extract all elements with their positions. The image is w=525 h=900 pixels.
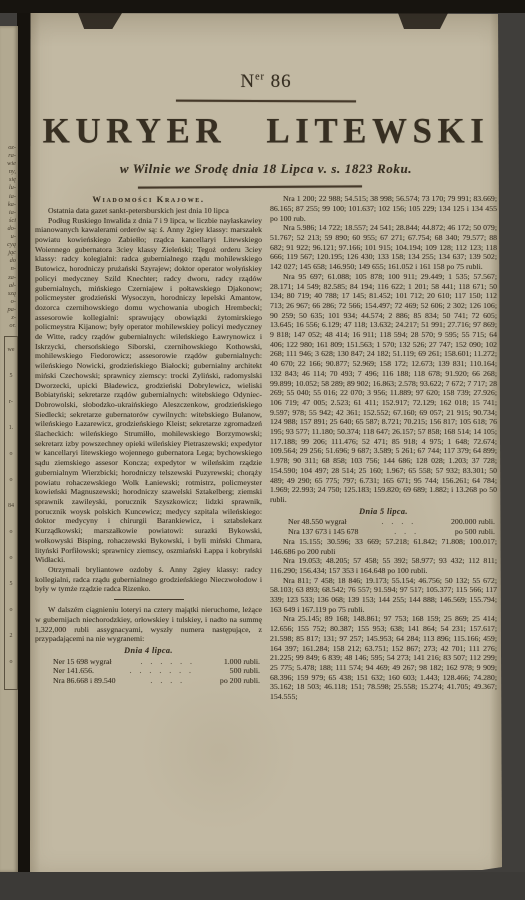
- paragraph: Nra 15.155; 30.596; 33 669; 57.218; 61.8…: [270, 537, 497, 556]
- left-column: Wiadomości Krajowe. Ostatnia data gazet …: [35, 194, 262, 702]
- masthead: Ner 86 KURYER LITEWSKI w Wilnie we Srodę…: [30, 71, 502, 187]
- paragraph: Nra 95 697; 61.088; 105 878; 100 911; 29…: [270, 272, 497, 505]
- paragraph: W dalszém ciągnieniu loteryi na cztery m…: [35, 605, 262, 644]
- divider-rule: [176, 100, 356, 102]
- lottery-result-row: Ner 48.550 wygrał . . . . 200.000 rubli.: [288, 517, 495, 527]
- paragraph: Nra 811; 7 458; 18 846; 19.173; 55.154; …: [270, 576, 497, 615]
- scan-artifact-right: [398, 13, 448, 29]
- lottery-result-row: Nra 86.668 i 89.540 . . . . po 200 rubli…: [53, 676, 260, 686]
- scan-bottom-edge: [0, 872, 525, 900]
- paragraph: Nra 19.053; 48.205; 57 458; 55 392; 58.9…: [270, 556, 497, 575]
- paragraph: Nra 1 200; 22 988; 54.515; 38 998; 56.57…: [270, 194, 497, 223]
- body-columns: Wiadomości Krajowe. Ostatnia data gazet …: [30, 187, 502, 702]
- scanned-newspaper-view: oz-ra-wieny,sięlu-ia-ka-ia-ścido-u-cyąją…: [0, 0, 525, 900]
- adjacent-page-text-fragments: oz-ra-wieny,sięlu-ia-ka-ia-ścido-u-cyąją…: [0, 144, 18, 330]
- lottery-result-row: Nra 137 673 i 145 678 . . . po 500 rubli…: [288, 527, 495, 537]
- adjacent-page-table-fragment: we5r-1.oo84oo5o2o: [4, 336, 18, 690]
- newspaper-page: Ner 86 KURYER LITEWSKI w Wilnie we Srodę…: [30, 13, 502, 873]
- issue-number: Ner 86: [30, 71, 502, 93]
- paragraph: Otrzymali bryliantowe ozdoby ś. Anny 2gi…: [35, 565, 262, 594]
- lottery-results: Ner 15 698 wygrał . . . . . . 1.000 rubl…: [35, 657, 262, 686]
- adjacent-page-edge: oz-ra-wieny,sięlu-ia-ka-ia-ścido-u-cyąją…: [0, 26, 18, 872]
- lottery-results: Ner 48.550 wygrał . . . . 200.000 rubli.…: [270, 517, 497, 536]
- draw-date-heading: Dnia 5 lipca.: [270, 507, 497, 517]
- scan-gutter-shadow: [17, 0, 31, 884]
- newspaper-title: KURYER LITEWSKI: [30, 110, 502, 152]
- paragraph: Nra 5.986; 14 722; 18.557; 24 541; 28.84…: [270, 223, 497, 272]
- draw-date-heading: Dnia 4 lipca.: [35, 646, 262, 656]
- section-heading: Wiadomości Krajowe.: [35, 195, 262, 205]
- paragraph: Ostatnia data gazet sankt-petersburskich…: [35, 206, 262, 216]
- dateline: w Wilnie we Srodę dnia 18 Lipca v. s. 18…: [30, 161, 502, 177]
- paragraph: Nra 25.145; 89 168; 148.861; 97 753; 168…: [270, 614, 497, 701]
- scan-top-edge: [0, 0, 525, 13]
- right-column: Nra 1 200; 22 988; 54.515; 38 998; 56.57…: [270, 194, 497, 702]
- divider-rule: [114, 599, 184, 600]
- paragraph: Podług Ruskiego Inwalida z dnia 7 i 9 li…: [35, 216, 262, 565]
- lottery-result-row: Ner 15 698 wygrał . . . . . . 1.000 rubl…: [53, 657, 260, 667]
- lottery-result-row: Ner 141.656. . . . . . . . 500 rubli.: [53, 666, 260, 676]
